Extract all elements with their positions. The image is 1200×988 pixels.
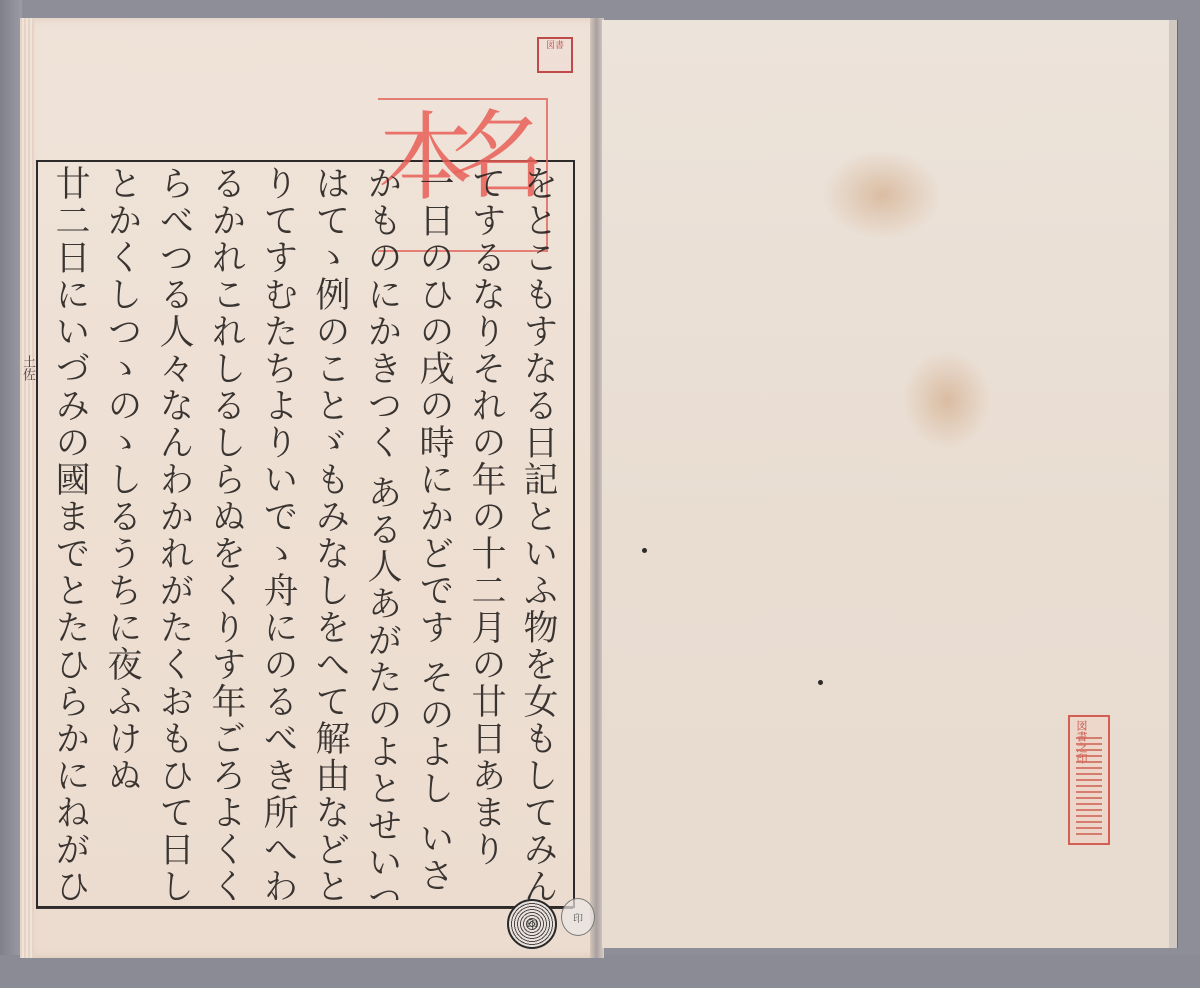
small-square-seal: 図書	[537, 37, 573, 73]
open-book-photo: 本 名 をとこもすなる日記といふ物を女もしてみんと てするなりそれの年の十二月の…	[0, 0, 1200, 988]
text-column: てするなりそれの年の十二月の廿日あまり	[464, 165, 508, 900]
text-column: らべつる人々なんわかれがたくおもひて日しきりに	[152, 165, 196, 900]
page-edge	[20, 18, 34, 958]
round-grey-seal: 印	[561, 898, 595, 936]
right-page-red-seal: 図書之印	[1068, 715, 1110, 845]
text-column: るかれこれしるしらぬをくりす年ごろよくく	[204, 165, 248, 900]
round-black-seal: 印	[507, 899, 557, 949]
ink-speck	[642, 548, 647, 553]
text-column: 廿二日にいづみの國までとたひらかにねがひたつ	[48, 165, 92, 900]
background-bottom	[0, 955, 1200, 988]
ink-speck	[818, 680, 823, 685]
margin-title: 土佐	[18, 355, 37, 381]
text-column: をとこもすなる日記といふ物を女もしてみんと	[516, 165, 560, 900]
foxing-stain	[902, 350, 992, 450]
text-columns: をとこもすなる日記といふ物を女もしてみんと てするなりそれの年の十二月の廿日あま…	[40, 165, 568, 900]
frame-rule	[36, 908, 573, 909]
page-edge-right	[1169, 20, 1178, 948]
background-left	[0, 0, 22, 988]
text-column: はてゝ例のことゞもみなしをへて解由などと	[308, 165, 352, 900]
text-column: とかくしつゝのゝしるうちに夜ふけぬ	[100, 165, 144, 900]
seal-pattern	[1076, 737, 1102, 837]
text-column: 一日のひの戌の時にかどです そのよし いさゝ	[412, 165, 456, 900]
text-column: かものにかきつく ある人あがたのよとせいつとせ	[360, 165, 404, 900]
text-column: りてすむたちよりいでゝ舟にのるべき所へわた	[256, 165, 300, 900]
foxing-stain	[822, 150, 942, 240]
